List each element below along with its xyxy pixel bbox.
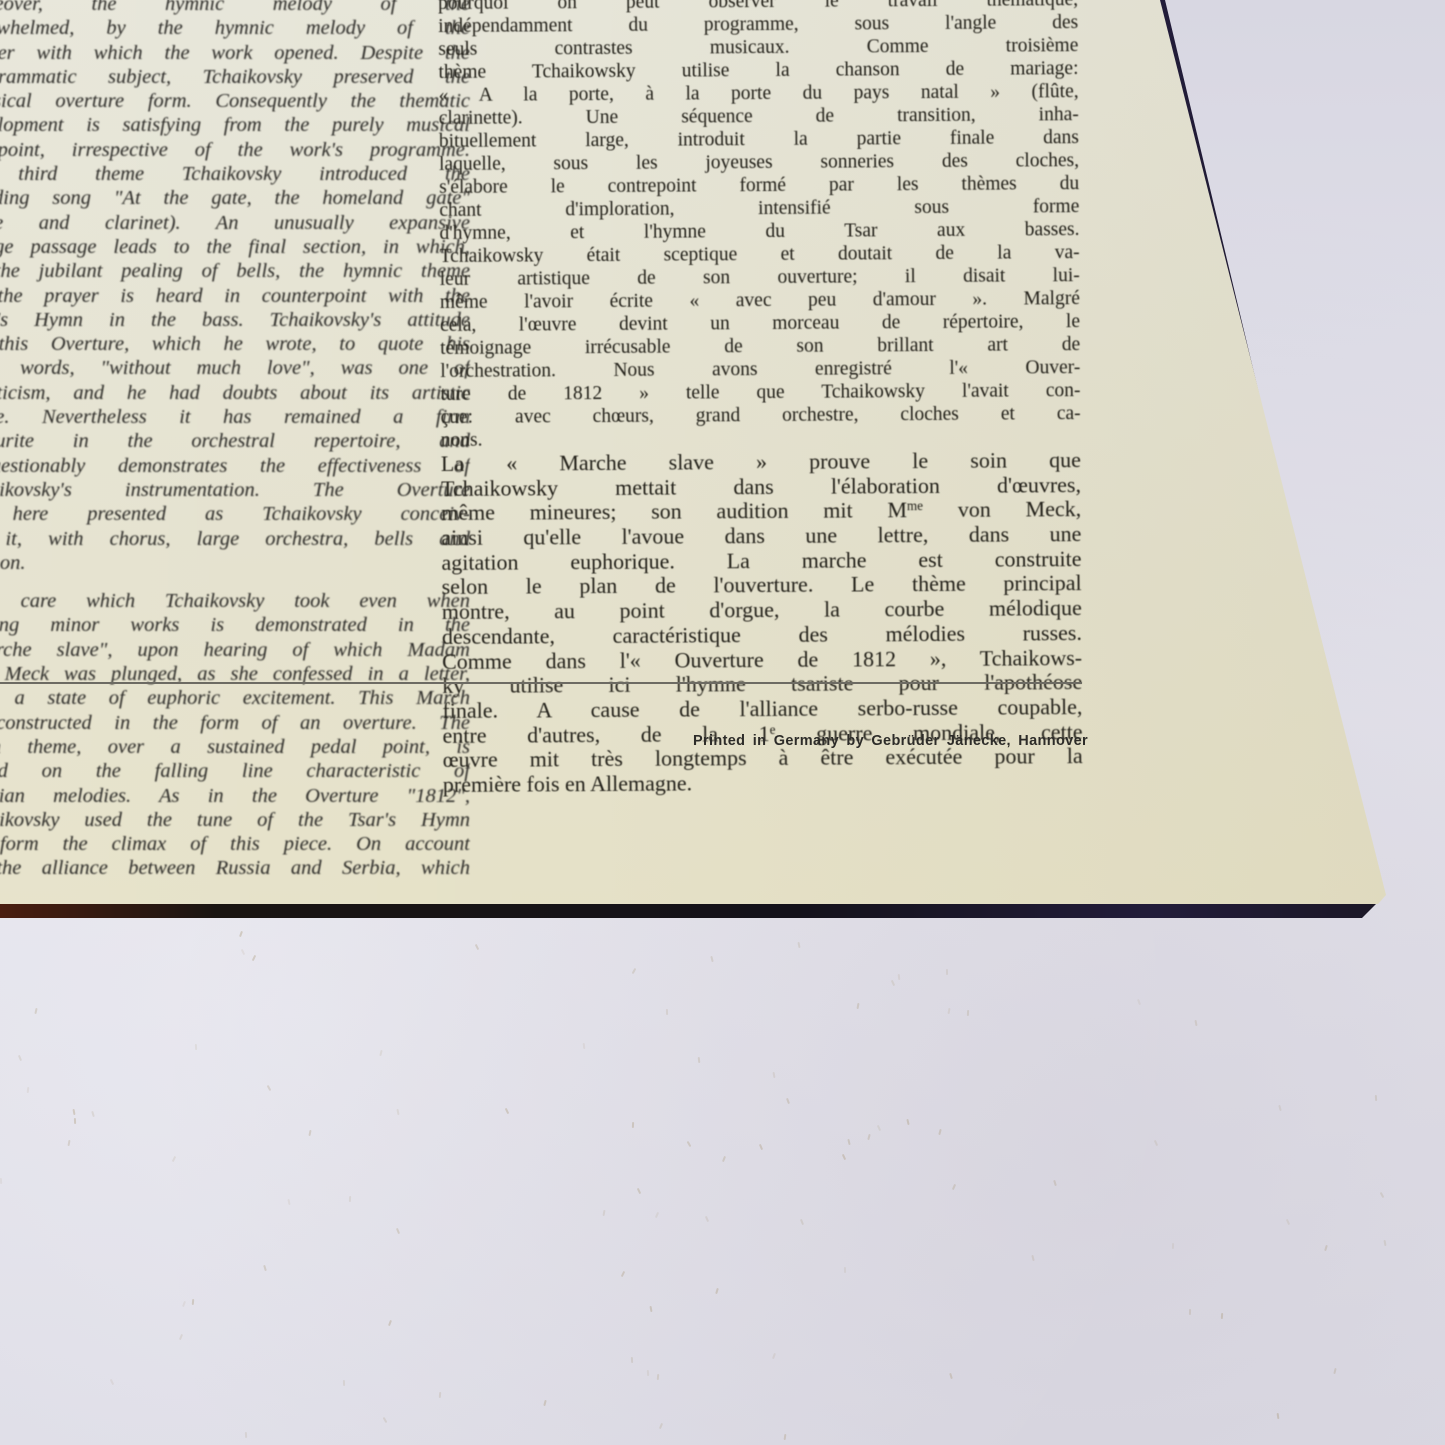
dust-speck xyxy=(74,1118,76,1124)
text-line: programmatic subject, Tchaikovsky preser… xyxy=(0,65,470,89)
divider-rule xyxy=(0,682,1082,684)
text-line: into a state of euphoric excitement. Thi… xyxy=(0,686,470,710)
dust-speck xyxy=(1194,1020,1197,1026)
text-line: of the prayer is heard in counterpoint w… xyxy=(0,284,470,308)
dust-speck xyxy=(0,1178,2,1184)
dust-speck xyxy=(179,1334,183,1340)
dust-speck xyxy=(759,1144,763,1150)
dust-speck xyxy=(898,974,901,980)
dust-speck xyxy=(583,1043,586,1049)
text-line: Tchaikovsky used the tune of the Tsar's … xyxy=(0,808,470,832)
dust-speck xyxy=(1375,1095,1377,1101)
dust-speck xyxy=(34,1008,37,1014)
text-line: Tchaikovsky's instrumentation. The Overt… xyxy=(0,478,470,502)
dust-speck xyxy=(949,1373,953,1379)
text-line: value. Nevertheless it has remained a fi… xyxy=(0,405,470,429)
dust-speck xyxy=(772,1353,776,1359)
dust-speck xyxy=(308,1130,311,1136)
dust-speck xyxy=(241,949,245,955)
dust-speck xyxy=(245,1432,247,1438)
dust-speck xyxy=(631,1357,633,1363)
text-line: (flute and clarinet). An unusually expan… xyxy=(0,211,470,235)
text-line: favourite in the orchestral repertoire, … xyxy=(0,429,470,453)
dust-speck xyxy=(91,1111,95,1117)
text-line: classical overture form. Consequently th… xyxy=(0,89,470,113)
text-line: to the jubilant pealing of bells, the hy… xyxy=(0,259,470,283)
dust-speck xyxy=(1154,1140,1158,1146)
dust-speck xyxy=(1172,1243,1174,1249)
dust-speck xyxy=(842,1154,846,1160)
dust-speck xyxy=(110,1379,114,1385)
dust-speck xyxy=(67,1140,70,1146)
dust-speck xyxy=(383,1417,388,1423)
dust-speck xyxy=(1031,1255,1034,1261)
dust-speck xyxy=(847,1139,850,1145)
dust-speck xyxy=(687,1141,692,1147)
text-line: is constructed in the form of an overtur… xyxy=(0,711,470,735)
dust-speck xyxy=(967,1010,969,1016)
dust-speck xyxy=(710,956,713,962)
dust-speck xyxy=(621,1271,626,1277)
dust-speck xyxy=(439,1392,442,1398)
text-line: wedding song "At the gate, the homeland … xyxy=(0,186,470,210)
dust-speck xyxy=(946,969,948,975)
text-line: prayer with which the work opened. Despi… xyxy=(0,41,470,65)
dust-speck xyxy=(659,1423,663,1429)
dust-speck xyxy=(666,1009,668,1015)
text-line: The care which Tchaikovsky took even whe… xyxy=(0,589,470,613)
dust-speck xyxy=(952,1184,956,1190)
text-line: main theme, over a sustained pedal point… xyxy=(0,735,470,759)
text-line: to this Overture, which he wrote, to quo… xyxy=(0,332,470,356)
dust-speck xyxy=(1380,1192,1385,1198)
text-line: première fois en Allemagne. xyxy=(443,769,1083,798)
text-line: bridge passage leads to the final sectio… xyxy=(0,235,470,259)
dust-speck xyxy=(239,931,243,937)
text-line: Russian melodies. As in the Overture "18… xyxy=(0,784,470,808)
dust-speck xyxy=(379,1050,382,1056)
dust-speck xyxy=(263,1265,267,1271)
dust-speck xyxy=(182,1301,186,1307)
text-line: ed it, with chorus, large orchestra, bel… xyxy=(0,527,470,551)
dust-speck xyxy=(632,968,637,974)
text-line: of the alliance between Russia and Serbi… xyxy=(0,856,470,880)
dust-speck xyxy=(784,1434,787,1440)
dust-speck xyxy=(192,1299,195,1305)
dust-speck xyxy=(1189,1309,1191,1315)
text-line: unquestionably demonstrates the effectiv… xyxy=(0,454,470,478)
dust-speck xyxy=(715,1288,719,1294)
text-line: scepticism, and he had doubts about its … xyxy=(0,381,470,405)
dust-speck xyxy=(602,1210,605,1216)
dust-speck xyxy=(1137,999,1141,1005)
dust-speck xyxy=(1221,1313,1223,1319)
dust-speck xyxy=(844,1267,846,1273)
dust-speck xyxy=(1383,1240,1386,1246)
text-line: "Marche slave", upon hearing of which Ma… xyxy=(0,638,470,662)
dust-speck xyxy=(195,1044,197,1050)
dust-speck xyxy=(647,1370,649,1376)
text-line: own words, "without much love", was one … xyxy=(0,356,470,380)
dust-speck xyxy=(72,1109,75,1115)
dust-speck xyxy=(867,1134,870,1140)
dust-speck xyxy=(657,1374,660,1380)
text-line: çue: avec chœurs, grand orchestre, cloch… xyxy=(441,402,1081,429)
dust-speck xyxy=(1053,1180,1057,1186)
dust-speck xyxy=(1278,1105,1282,1111)
dust-speck xyxy=(856,1003,859,1009)
dust-speck xyxy=(252,955,256,961)
text-line: to form the climax of this piece. On acc… xyxy=(0,832,470,856)
dust-speck xyxy=(343,1380,345,1386)
dust-speck xyxy=(388,1320,392,1326)
dust-speck xyxy=(632,1122,634,1128)
paragraph-gap xyxy=(0,575,470,589)
dust-speck xyxy=(772,1072,775,1078)
dust-speck xyxy=(543,1400,546,1406)
dust-speck xyxy=(1324,1245,1328,1251)
dust-speck xyxy=(891,980,895,986)
text-line: writing minor works is demonstrated in t… xyxy=(0,613,470,637)
dust-speck xyxy=(475,944,480,950)
dust-speck xyxy=(797,942,800,948)
dust-speck xyxy=(705,1216,709,1222)
dust-speck xyxy=(722,1156,726,1162)
dust-speck xyxy=(947,1008,950,1014)
dust-speck xyxy=(637,1188,641,1194)
dust-speck xyxy=(786,1098,790,1104)
dust-speck xyxy=(396,1228,400,1234)
dust-speck xyxy=(649,1306,652,1312)
dust-speck xyxy=(1286,1219,1290,1225)
dust-speck xyxy=(1277,1413,1280,1419)
text-line: Moreover, the hymnic melody of the xyxy=(0,0,470,16)
text-line: As third theme Tchaikovsky introduced th… xyxy=(0,162,470,186)
liner-notes-french-column: pourquoi on peut observer le travail thé… xyxy=(438,0,1083,798)
dust-speck xyxy=(938,1129,941,1135)
dust-speck xyxy=(906,1119,909,1125)
dust-speck xyxy=(287,1199,290,1205)
dust-speck xyxy=(698,1057,701,1063)
liner-notes-english-column: Moreover, the hymnic melody of theoverwh… xyxy=(0,0,470,881)
dust-speck xyxy=(1333,1368,1336,1374)
text-line: overwhelmed, by the hymnic melody of the xyxy=(0,16,470,40)
dust-speck xyxy=(18,1055,22,1061)
dust-speck xyxy=(396,1109,399,1115)
text-line: viewpoint, irrespective of the work's pr… xyxy=(0,138,470,162)
dust-speck xyxy=(800,1219,804,1225)
text-line: cannon. xyxy=(0,551,470,575)
printer-credit: Printed in Germany by Gebrüder Jänecke, … xyxy=(560,733,1088,749)
dust-speck xyxy=(877,1125,881,1131)
text-line: is here presented as Tchaikovsky conceiv… xyxy=(0,502,470,526)
dust-speck xyxy=(349,1196,351,1202)
text-line: development is satisfying from the purel… xyxy=(0,113,470,137)
dust-speck xyxy=(172,1156,177,1162)
text-line: based on the falling line characteristic… xyxy=(0,759,470,783)
dust-speck xyxy=(267,1085,272,1091)
dust-speck xyxy=(27,1087,30,1093)
dust-speck xyxy=(505,1108,509,1114)
dust-speck xyxy=(655,1212,659,1218)
text-line: Tsar's Hymn in the bass. Tchaikovsky's a… xyxy=(0,308,470,332)
